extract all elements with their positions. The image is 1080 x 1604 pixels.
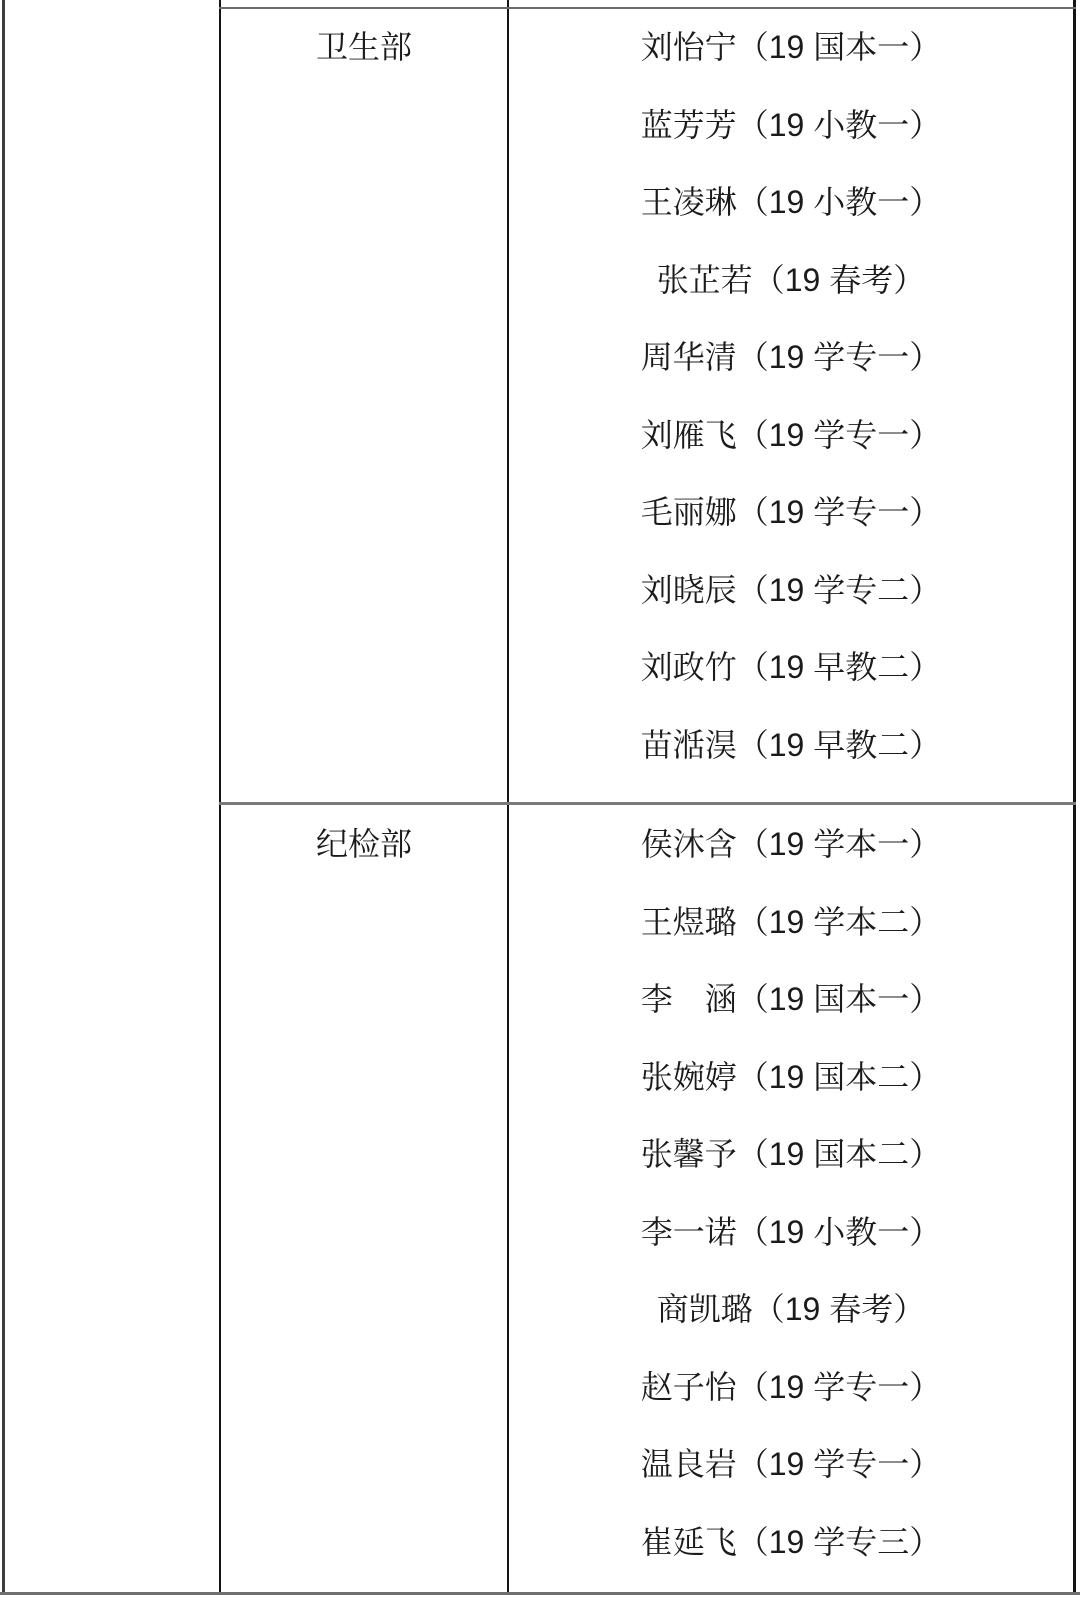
- merged-empty-cell: [5, 0, 219, 1592]
- member-entry: 张婉婷（19 国本二）: [509, 1039, 1073, 1117]
- member-entry: 刘雁飞（19 学专一）: [509, 397, 1073, 475]
- member-entry: 侯沐含（19 学本一）: [509, 806, 1073, 884]
- member-entry: 蓝芳芳（19 小教一）: [509, 87, 1073, 165]
- member-entry: 王凌琳（19 小教一）: [509, 164, 1073, 242]
- table-right-border: [1073, 0, 1076, 1594]
- table-row-divider-middle: [219, 802, 1076, 805]
- member-entry: 王煜璐（19 学本二）: [509, 884, 1073, 962]
- table-bottom-border: [0, 1592, 1080, 1595]
- member-entry: 崔延飞（19 学专三）: [509, 1504, 1073, 1582]
- department-label: 纪检部: [316, 826, 412, 862]
- member-entry: 刘晓辰（19 学专二）: [509, 552, 1073, 630]
- department-cell-health: 卫生部: [221, 9, 507, 87]
- table-column-divider-1: [219, 0, 221, 1594]
- member-entry: 周华清（19 学专一）: [509, 319, 1073, 397]
- members-cell-health: 刘怡宁（19 国本一） 蓝芳芳（19 小教一） 王凌琳（19 小教一） 张芷若（…: [509, 9, 1073, 784]
- department-label: 卫生部: [316, 29, 412, 65]
- member-entry: 李 涵（19 国本一）: [509, 961, 1073, 1039]
- members-cell-discipline: 侯沐含（19 学本一） 王煜璐（19 学本二） 李 涵（19 国本一） 张婉婷（…: [509, 806, 1073, 1581]
- member-entry: 温良岩（19 学专一）: [509, 1426, 1073, 1504]
- member-entry: 张芷若（19 春考）: [509, 242, 1073, 320]
- member-entry: 李一诺（19 小教一）: [509, 1194, 1073, 1272]
- department-cell-discipline: 纪检部: [221, 806, 507, 884]
- member-entry: 张馨予（19 国本二）: [509, 1116, 1073, 1194]
- member-entry: 刘政竹（19 早教二）: [509, 629, 1073, 707]
- member-entry: 赵子怡（19 学专一）: [509, 1349, 1073, 1427]
- member-entry: 毛丽娜（19 学专一）: [509, 474, 1073, 552]
- member-entry: 商凯璐（19 春考）: [509, 1271, 1073, 1349]
- member-entry: 刘怡宁（19 国本一）: [509, 9, 1073, 87]
- member-entry: 苗湉淏（19 早教二）: [509, 707, 1073, 785]
- document-page: 卫生部 刘怡宁（19 国本一） 蓝芳芳（19 小教一） 王凌琳（19 小教一） …: [0, 0, 1080, 1604]
